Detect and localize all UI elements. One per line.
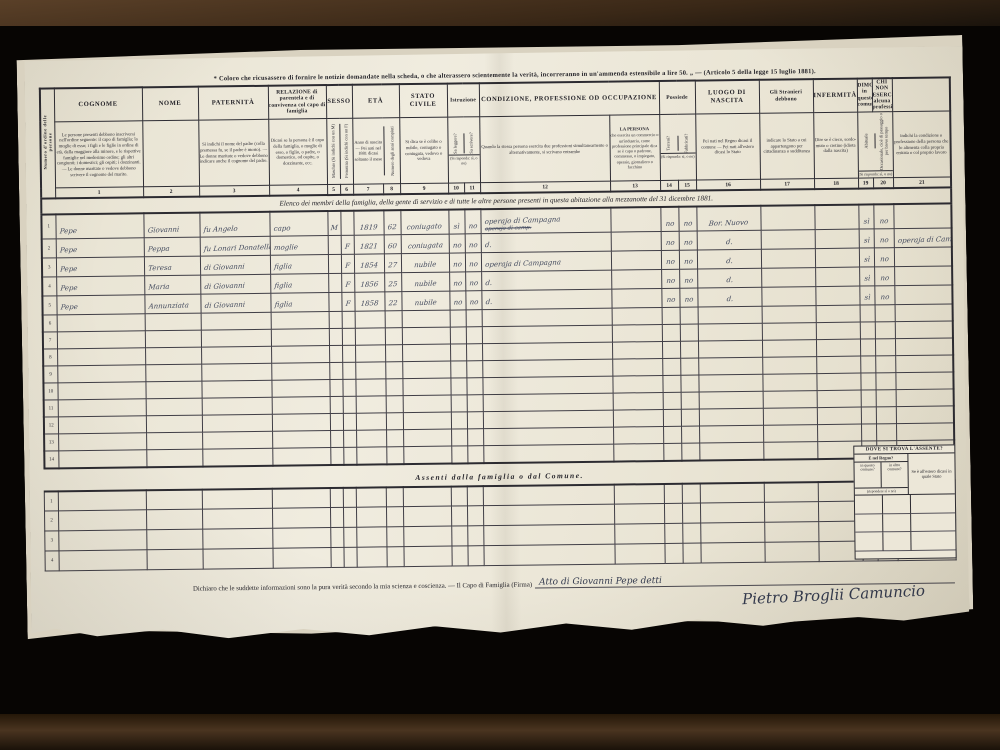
cell-sesso-m	[331, 488, 344, 508]
cell-anno: 1856	[354, 273, 384, 292]
cell-legge	[450, 310, 466, 327]
cell-cognome	[58, 416, 146, 434]
cell-stato: nubile	[401, 254, 449, 274]
cell-anni	[385, 345, 402, 362]
cell-nome	[146, 490, 202, 511]
handwriting-entry: no	[666, 297, 676, 306]
cell-occasionale: no	[874, 229, 894, 248]
cell-scrive: no	[465, 291, 481, 310]
cell-relazione	[272, 431, 330, 449]
label-anno-nascita: Anno di nascita — Pei nati nel 1881 dica…	[353, 139, 383, 163]
cell-chinon	[896, 406, 954, 424]
desc-stranieri: indicare lo Stato a cui appartengono per…	[759, 112, 814, 180]
cell-chinon	[893, 203, 951, 229]
cell-sesso-f	[342, 346, 355, 363]
cell-relazione	[273, 528, 331, 549]
note-possiede: (Si risponda: sì, o no)	[660, 153, 695, 161]
handwriting-entry: operaja di Campagna	[484, 260, 561, 272]
cell-occasionale	[875, 305, 895, 322]
row-number: 6	[43, 315, 57, 332]
cell-nome: Maria	[144, 276, 200, 296]
cell-sesso-m	[328, 236, 341, 255]
handwriting-entry: 1858	[360, 301, 379, 311]
handwriting-entry: Pepe	[59, 247, 77, 257]
cell-persona	[612, 308, 662, 326]
cell-legge: no	[449, 272, 465, 291]
cell-fabbricati: no	[678, 206, 696, 231]
cell-abituale	[861, 424, 876, 441]
handwriting-entry: F	[345, 301, 351, 310]
cell-terreni	[662, 359, 680, 376]
handwriting-entry: sì	[864, 295, 871, 304]
cell-cognome	[59, 510, 147, 531]
cell-anno	[356, 396, 386, 413]
cell-professione	[482, 343, 612, 362]
column-number: 19	[858, 178, 873, 188]
label-in-questo-comune: in questo comune?	[854, 462, 881, 487]
cell-stato	[403, 447, 451, 465]
cell-anno	[357, 527, 387, 547]
cell-chinon	[896, 423, 954, 441]
cell-sesso-f	[343, 397, 356, 414]
cell-terreni	[663, 427, 681, 444]
handwriting-entry: Pepe	[59, 285, 77, 295]
cell-occasionale: no	[873, 204, 893, 229]
desc-paternita: Si indichi il nome del padre (colla prem…	[198, 119, 269, 187]
handwriting-entry: no	[665, 259, 675, 268]
paper-sheet: * Coloro che ricusassero di fornire le n…	[24, 46, 969, 641]
cell-anno	[355, 311, 385, 328]
cell-sesso-m	[331, 508, 344, 528]
cell-stato	[404, 546, 452, 567]
handwriting-entry: sì	[863, 219, 870, 228]
cell-fabbricati	[681, 392, 699, 409]
cell-legge: no	[449, 291, 465, 310]
cell-occasionale	[876, 390, 896, 407]
cell-luogo: d.	[697, 288, 761, 308]
cell-terreni	[664, 504, 682, 524]
cell-persona	[614, 544, 664, 565]
row-number: 4	[42, 277, 56, 296]
cell-anno	[357, 547, 387, 567]
desc-stato-civile: Si dica se è celibe o nubile, coniugato …	[399, 117, 448, 184]
column-number: 18	[814, 179, 858, 190]
handwriting-entry: di Giovanni	[204, 302, 245, 312]
cell-cognome	[58, 450, 146, 468]
cell-scrive: no	[465, 253, 481, 272]
cell-luogo	[699, 392, 763, 410]
cell-fabbricati	[681, 426, 699, 443]
cell-paternita	[202, 415, 272, 433]
handwriting-entry: di Giovanni	[203, 264, 244, 274]
cell-legge	[451, 429, 467, 446]
cell-nome: Teresa	[144, 257, 200, 277]
cell-luogo: d.	[697, 231, 761, 251]
cell-stranieri	[762, 306, 816, 324]
cell-fabbricati	[681, 443, 699, 460]
row-number: 3	[45, 531, 59, 551]
label-anni-compiuti: Numero degli anni compiuti	[389, 126, 395, 176]
cell-stranieri	[764, 502, 818, 523]
cell-legge: no	[449, 253, 465, 272]
cell-anni	[386, 430, 403, 447]
cell-scrive	[468, 526, 484, 546]
cell-occasionale: no	[874, 248, 894, 267]
cell-sesso-m	[331, 528, 344, 548]
cell-professione	[484, 525, 614, 547]
row-number: 9	[43, 366, 57, 383]
col-header-condizione: CONDIZIONE, PROFESSIONE OD OCCUPAZIONE	[479, 81, 659, 116]
cell-fabbricati	[683, 543, 701, 563]
cell-anno: 1819	[353, 210, 383, 235]
cell-anni	[387, 487, 404, 507]
desc-condizione: Quando la stessa persona esercita due pr…	[479, 115, 610, 183]
cell-nome: Giovanni	[143, 213, 199, 239]
cell-chinon	[894, 247, 952, 267]
cell-terreni: no	[660, 207, 678, 232]
cell-infermita	[816, 340, 860, 358]
handwriting-entry: Annunziata	[148, 303, 189, 313]
cell-sesso-f	[344, 548, 357, 568]
cell-infermita	[816, 374, 860, 392]
row-number: 3	[42, 258, 56, 277]
cell-terreni	[662, 308, 680, 325]
column-number: 5	[327, 185, 340, 195]
cell-stato	[404, 487, 452, 508]
cell-anno	[356, 413, 386, 430]
desc-istruzione: Sa leggere? Sa scrivere? (Si risponda: s…	[447, 116, 480, 183]
cell-cognome	[57, 382, 145, 400]
cell-infermita	[817, 390, 861, 408]
handwriting-entry: 60	[387, 244, 397, 253]
row-number: 8	[43, 349, 57, 366]
column-number: 13	[610, 181, 660, 192]
cell-nome	[145, 382, 201, 400]
cell-professione: operajo di Campagnaoperajo di camp.	[480, 208, 610, 235]
cell-nome	[146, 433, 202, 451]
cell-abituale: sì	[859, 267, 874, 286]
row-number: 1	[41, 214, 55, 239]
cell-paternita	[201, 347, 271, 365]
cell-relazione: capo	[269, 211, 327, 237]
cell-occasionale: no	[874, 286, 894, 305]
cell-stranieri	[761, 287, 815, 307]
absent-box-empty-lines	[855, 494, 956, 551]
cell-anni	[385, 362, 402, 379]
cell-infermita	[815, 249, 859, 269]
handwriting-entry: no	[879, 276, 889, 285]
cell-occasionale	[876, 407, 896, 424]
cell-anni	[385, 379, 402, 396]
cell-nome	[147, 550, 203, 571]
col-header-nome: NOME	[142, 87, 198, 121]
handwriting-entry: no	[684, 278, 694, 287]
cell-scrive	[466, 327, 482, 344]
cell-professione	[482, 377, 612, 396]
cell-persona	[614, 504, 664, 525]
cell-fabbricati	[682, 523, 700, 543]
declaration-text: Dichiaro che le suddette informazioni so…	[193, 582, 532, 593]
cell-abituale	[861, 390, 876, 407]
cell-legge: no	[449, 234, 465, 253]
desc-eta: Anno di nascita — Pei nati nel 1881 dica…	[352, 117, 400, 184]
cell-terreni	[664, 484, 682, 504]
cell-anno	[356, 447, 386, 464]
cell-sesso-f: F	[341, 293, 354, 312]
cell-abituale	[860, 373, 875, 390]
cell-fabbricati	[682, 503, 700, 523]
cell-sesso-m	[329, 346, 342, 363]
row-number: 5	[42, 296, 56, 315]
cell-occasionale: no	[874, 267, 894, 286]
cell-abituale: sì	[859, 286, 874, 305]
handwriting-entry: Pepe	[59, 266, 77, 276]
cell-sesso-f: F	[341, 236, 354, 255]
cell-paternita	[201, 364, 271, 382]
cell-professione	[483, 445, 613, 464]
row-number: 14	[44, 451, 58, 468]
cell-relazione	[272, 397, 330, 415]
cell-professione	[483, 394, 613, 413]
cell-chinon	[895, 355, 953, 373]
cell-anno	[355, 379, 385, 396]
col-header-infermita: INFERMITÀ	[813, 79, 857, 113]
handwriting-entry: d.	[484, 242, 492, 251]
cell-cognome: Pepe	[56, 276, 144, 296]
cell-infermita	[817, 407, 861, 425]
cell-legge	[452, 526, 468, 546]
cell-scrive	[466, 378, 482, 395]
col-header-istruzione: Istruzione	[447, 83, 479, 116]
cell-stato	[403, 430, 451, 448]
cell-stranieri	[760, 205, 814, 231]
cell-anni: 60	[384, 235, 401, 254]
row-number: 11	[44, 400, 58, 417]
desc-cognome: Le persone presenti debbono inscriversi …	[54, 120, 143, 188]
cell-fabbricati: no	[679, 250, 697, 269]
cell-anni	[385, 311, 402, 328]
label-estero: Se è all'estero dicasi in quale Stato	[908, 453, 955, 494]
cell-scrive	[467, 429, 483, 446]
cell-sesso-f	[342, 380, 355, 397]
handwriting-entry: no	[879, 257, 889, 266]
cell-relazione	[271, 329, 329, 347]
cell-sesso-m	[330, 397, 343, 414]
column-number: 8	[383, 184, 400, 194]
cell-stranieri	[763, 408, 817, 426]
cell-scrive	[467, 395, 483, 412]
cell-paternita	[201, 313, 271, 331]
cell-luogo	[699, 426, 763, 444]
cell-scrive	[467, 412, 483, 429]
cell-stato	[404, 507, 452, 528]
cell-cognome: Pepe	[55, 213, 143, 239]
cell-relazione: figlia	[270, 293, 328, 313]
column-number: 14	[660, 181, 678, 191]
cell-sesso-m	[329, 312, 342, 329]
cell-professione: d.	[481, 271, 611, 292]
cell-stranieri	[762, 323, 816, 341]
handwriting-entry: no	[453, 300, 463, 309]
handwriting-entry: no	[469, 281, 479, 290]
handwriting-entry: 27	[388, 263, 398, 272]
handwriting-entry: 62	[387, 225, 397, 234]
handwriting-entry: Giovanni	[147, 227, 179, 237]
cell-luogo	[698, 324, 762, 342]
absent-section: Assenti dalla famiglia o dal Comune. DOV…	[42, 466, 959, 572]
col-header-row-number: Numero d'ordine delle persone	[40, 88, 55, 198]
column-number: 7	[353, 184, 383, 194]
handwriting-entry: d.	[726, 296, 734, 305]
col-header-paternita: PATERNITÀ	[198, 86, 268, 120]
handwriting-entry: nubile	[414, 262, 437, 272]
cell-professione	[483, 428, 613, 447]
row-number: 2	[42, 239, 56, 258]
cell-anni: 27	[384, 254, 401, 273]
cell-terreni: no	[661, 251, 679, 270]
cell-luogo	[699, 443, 763, 461]
cell-fabbricati	[681, 409, 699, 426]
handwriting-entry: no	[880, 295, 890, 304]
cell-sesso-m	[330, 448, 343, 465]
cell-relazione: figlia	[270, 274, 328, 294]
cell-chinon	[895, 338, 953, 356]
cell-infermita	[815, 268, 859, 288]
cell-stato: nubile	[401, 292, 449, 312]
cell-scrive	[468, 506, 484, 526]
handwriting-entry: sì	[863, 238, 870, 247]
cell-fabbricati	[680, 358, 698, 375]
cell-infermita	[816, 323, 860, 341]
row-number: 10	[43, 383, 57, 400]
desc-luogo-nascita: Pei nati nel Regno dicasi il comune — Pe…	[695, 113, 760, 181]
cell-luogo	[700, 483, 764, 504]
cell-stranieri	[761, 230, 815, 250]
cell-nome: Annunziata	[144, 295, 200, 315]
cell-cognome: Pepe	[56, 238, 144, 258]
handwriting-entry: sì	[453, 224, 460, 233]
handwriting-entry: sì	[863, 257, 870, 266]
cell-sesso-m	[330, 431, 343, 448]
cell-paternita	[203, 529, 273, 550]
cell-terreni	[662, 376, 680, 393]
cell-terreni	[665, 544, 683, 564]
column-number: 17	[760, 179, 814, 190]
declaration-line: Dichiaro che le suddette informazioni so…	[193, 571, 955, 593]
cell-luogo	[699, 409, 763, 427]
cell-anni: 62	[383, 210, 400, 235]
cell-persona	[614, 524, 664, 545]
cell-paternita: fu Angelo	[199, 212, 269, 238]
cell-paternita	[201, 330, 271, 348]
absent-table: 1234	[44, 479, 957, 572]
column-number: 4	[269, 185, 327, 196]
census-table: Numero d'ordine delle persone COGNOME NO…	[39, 76, 956, 469]
cell-sesso-m	[328, 293, 341, 312]
cell-nome	[146, 399, 202, 417]
cell-scrive: no	[465, 272, 481, 291]
cell-abituale: sì	[859, 229, 874, 248]
handwriting-entry: no	[683, 259, 693, 268]
cell-fabbricati	[680, 324, 698, 341]
cell-sesso-f	[342, 329, 355, 346]
handwriting-entry: no	[665, 221, 675, 230]
handwriting-entry: no	[665, 240, 675, 249]
cell-sesso-f	[343, 431, 356, 448]
cell-anni	[385, 328, 402, 345]
column-number: 9	[400, 184, 448, 195]
cell-legge	[452, 486, 468, 506]
cell-sesso-m	[329, 363, 342, 380]
cell-persona	[613, 410, 663, 428]
cell-luogo	[698, 358, 762, 376]
cell-luogo	[701, 543, 765, 564]
cell-nome	[145, 314, 201, 332]
cell-sesso-m	[329, 380, 342, 397]
cell-professione	[484, 505, 614, 527]
cell-infermita	[816, 306, 860, 324]
cell-persona	[610, 207, 660, 233]
cell-cognome: Pepe	[56, 295, 144, 315]
col-header-possiede: Possiede	[659, 81, 695, 114]
cell-stato	[404, 526, 452, 547]
cell-anni	[387, 507, 404, 527]
cell-sesso-m	[331, 548, 344, 568]
col-header-luogo-nascita: LUOGO DI NASCITA	[695, 80, 759, 114]
handwriting-entry: 1819	[359, 225, 378, 235]
handwriting-entry: Peppa	[147, 246, 169, 256]
handwriting-entry: 22	[388, 301, 398, 310]
cell-legge	[451, 395, 467, 412]
wood-frame-bottom	[0, 714, 1000, 750]
note-istruzione: (Si risponda: sì, o no)	[448, 154, 479, 167]
cell-stranieri	[763, 391, 817, 409]
desc-possiede: Terreni? Fabbricati? (Si risponda: sì, o…	[659, 114, 696, 181]
cell-luogo	[700, 503, 764, 524]
cell-cognome	[57, 348, 145, 366]
row-number: 12	[44, 417, 58, 434]
handwriting-entry: fu Angelo	[203, 226, 238, 236]
handwriting-entry: F	[345, 263, 351, 272]
label-abituale: Abituale	[864, 133, 869, 148]
cell-cognome	[57, 331, 145, 349]
col-header-relazione: RELAZIONE di parentela e di convivenza c…	[268, 85, 326, 119]
cell-cognome	[58, 433, 146, 451]
cell-stato: nubile	[401, 273, 449, 293]
cell-legge	[450, 344, 466, 361]
column-number: 10	[448, 183, 464, 193]
column-number: 11	[464, 183, 480, 193]
column-number: 6	[340, 185, 353, 195]
label-femmina: Femmina (Si indichi con un F)	[343, 124, 349, 178]
cell-persona	[611, 270, 661, 290]
handwriting-entry: no	[468, 262, 478, 271]
cell-paternita	[202, 398, 272, 416]
cell-relazione	[272, 414, 330, 432]
cell-stranieri	[763, 425, 817, 443]
cell-nome	[145, 331, 201, 349]
cell-scrive	[466, 310, 482, 327]
cell-sesso-f: F	[341, 274, 354, 293]
cell-paternita: di Giovanni	[200, 275, 270, 295]
cell-persona	[611, 251, 661, 271]
column-number: 15	[678, 180, 696, 190]
cell-anno	[355, 362, 385, 379]
handwriting-entry: sì	[863, 276, 870, 285]
cell-anni	[386, 396, 403, 413]
cell-stranieri	[765, 542, 819, 563]
cell-paternita: di Giovanni	[200, 294, 270, 314]
